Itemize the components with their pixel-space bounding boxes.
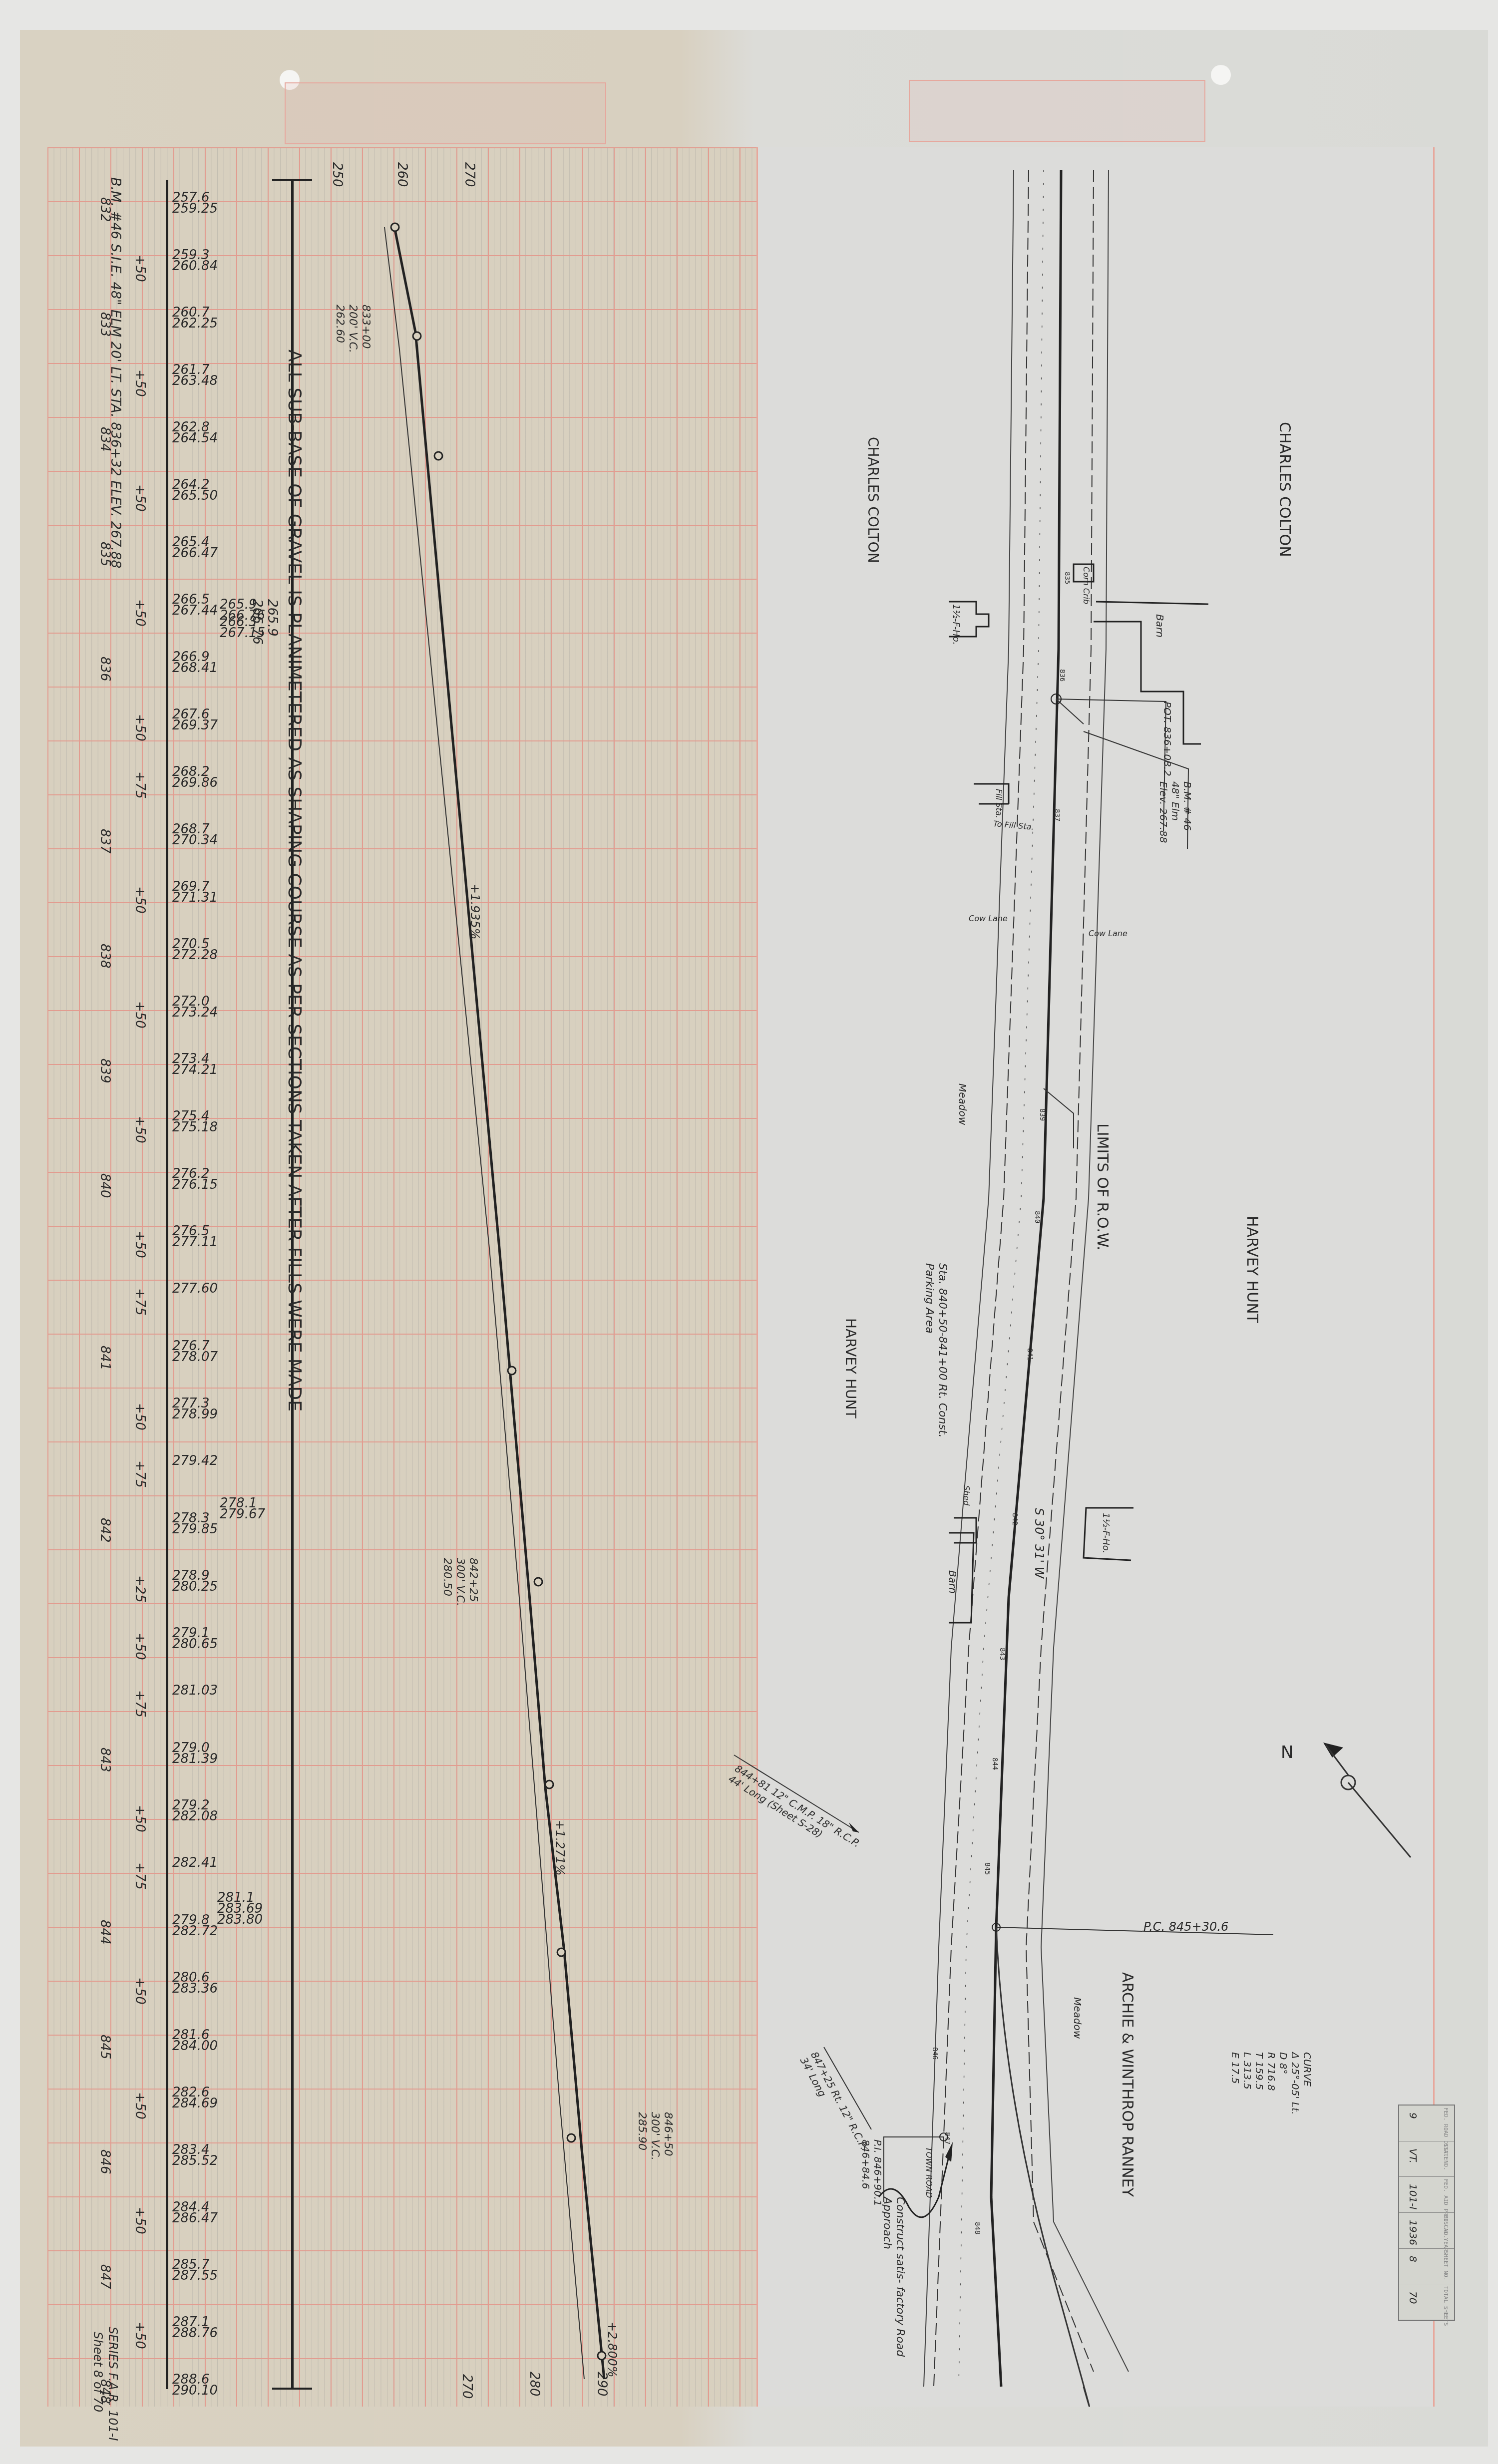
approach-note: Construct satis- factory Road Approach [880,2197,906,2377]
benchmark-callout: B.M. # 4648" ElmElev. 267.88 [1157,781,1193,843]
plan-station: 836 [1058,669,1066,682]
plan-station: 842 [1011,1513,1019,1525]
title-block: FED. ROAD DIST. NO.9STATEVT.FED. AID PRO… [1398,2105,1455,2321]
meadow-label: Meadow [957,1083,969,1125]
house-label: 1½-F-Ho. [951,604,961,645]
barn-label: Barn [947,1570,959,1594]
owner-label: CHARLES COLTON [1276,422,1293,557]
plan-station: 848 [973,2222,981,2234]
title-block-cell: TOTAL SHEETS70 [1399,2284,1454,2320]
owner-label: CHARLES COLTON [865,437,881,563]
plan-station: 846 [931,2047,939,2060]
parking-note: Sta. 840+50-841+00 Rt. Const. Parking Ar… [923,1263,949,1473]
corn-crib-label: Corn Crib [1082,567,1091,604]
plan-station: 841 [1026,1348,1034,1361]
title-block-cell: FISCAL YEAR1936 [1399,2213,1454,2249]
title-block-cell: FED. AID PROJ. NO.101-I [1399,2177,1454,2213]
title-block-value: 70 [1407,2291,1419,2304]
barn-label: Barn [1154,614,1166,638]
pc-label: P.C. 845+30.6 [1143,1920,1228,1934]
title-block-header: STATE [1443,2143,1449,2160]
fill-sta-label: Fill Sta. [994,789,1004,818]
owner-label: ARCHIE & WINTHROP RANNEY [1119,1972,1136,2197]
pi-label: P.I. 846+90.1846+84.6 [860,2139,884,2206]
title-block-cell: STATEVT. [1399,2141,1454,2177]
title-block-cell: SHEET NO.8 [1399,2249,1454,2285]
meadow-label: Meadow [1072,1997,1084,2039]
title-block-value: 8 [1407,2256,1419,2262]
plan-station: 847 [943,2132,951,2144]
bearing-label: S 30° 31' W [1032,1508,1046,1579]
shed-label: Shed [962,1485,971,1505]
plan-station: 845 [983,1862,991,1875]
plan-station: 844 [991,1758,999,1770]
curve-data: CURVE Δ 25°-05' Lt. D 8° R 716.8 T 159.5… [1229,2052,1313,2114]
title-block-header: TOTAL SHEETS [1443,2286,1449,2326]
pot-label: POT. 836+08.2 [1161,702,1173,776]
title-block-value: 9 [1407,2112,1419,2119]
north-arrow-icon: N [1281,1743,1293,1762]
plan-station: 835 [1063,572,1071,584]
town-road-label: TOWN ROAD [924,2147,934,2198]
plan-station: 839 [1038,1108,1046,1121]
plan-station: 837 [1053,809,1061,821]
plan-station: 843 [998,1648,1006,1660]
owner-label: HARVEY HUNT [1243,1216,1261,1323]
title-block-value: 1936 [1407,2220,1419,2245]
title-block-header: SHEET NO. [1443,2251,1449,2281]
limits-row-label: LIMITS OF R.O.W. [1094,1123,1111,1251]
house-label: 1½-F-Ho. [1101,1513,1111,1554]
owner-label: HARVEY HUNT [842,1318,859,1418]
plan-station: 840 [1033,1211,1041,1223]
title-block-header: FISCAL YEAR [1443,2215,1449,2251]
title-block-value: 101-I [1407,2184,1419,2209]
title-block-cell: FED. ROAD DIST. NO.9 [1399,2106,1454,2141]
title-block-value: VT. [1407,2148,1419,2163]
cow-lane-label: Cow Lane [1089,929,1127,938]
cow-lane-label: Cow Lane [969,914,1008,923]
